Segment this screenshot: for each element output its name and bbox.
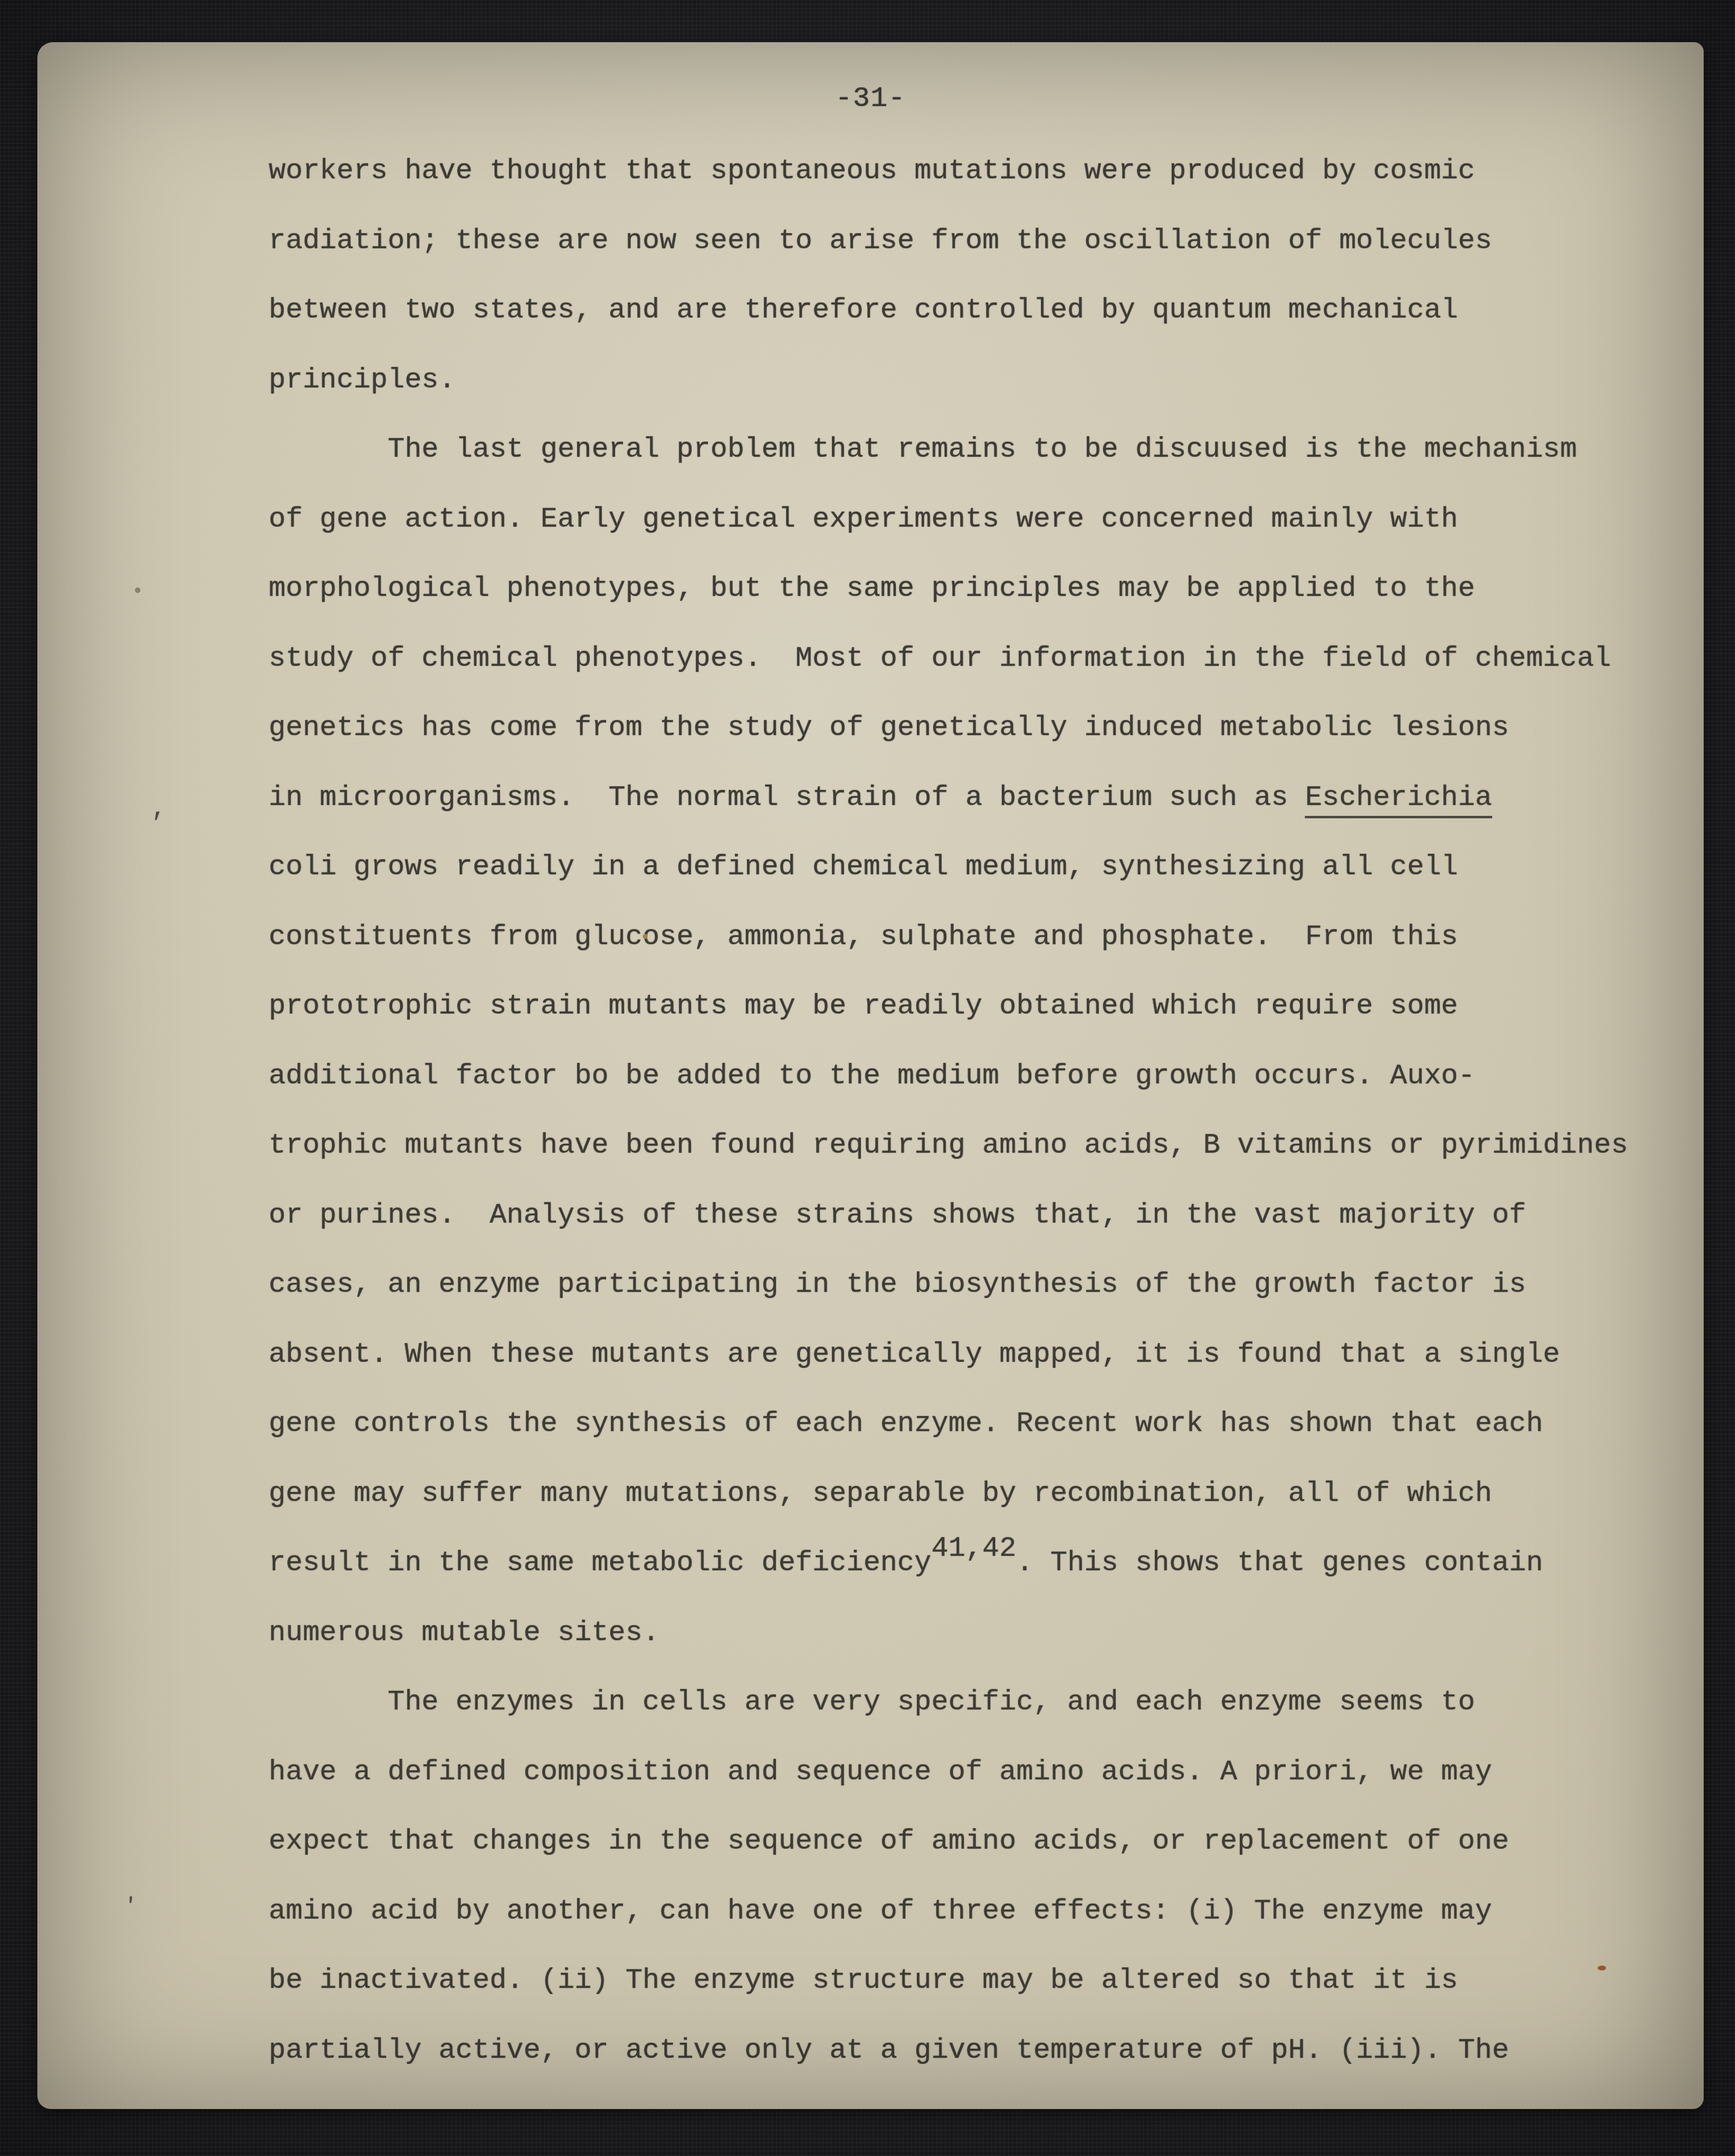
text-line: numerous mutable sites. [269,1599,1672,1669]
text-line: gene controls the synthesis of each enzy… [269,1390,1672,1459]
text-segment: morphological phenotypes, but the same p… [269,573,1475,605]
text-line: coli grows readily in a defined chemical… [269,833,1672,903]
text-line: The enzymes in cells are very specific, … [269,1668,1672,1738]
text-segment: workers have thought that spontaneous mu… [269,155,1475,187]
text-line: partially active, or active only at a gi… [269,2016,1672,2086]
text-segment: gene controls the synthesis of each enzy… [269,1408,1543,1440]
text-block: workers have thought that spontaneous mu… [269,137,1672,2085]
text-segment: constituents from glucose, ammonia, sulp… [269,921,1458,953]
text-line: study of chemical phenotypes. Most of ou… [269,624,1672,694]
text-segment: be inactivated. (ii) The enzyme structur… [269,1965,1458,1997]
text-segment: cases, an enzyme participating in the bi… [269,1269,1526,1301]
text-segment: partially active, or active only at a gi… [269,2035,1509,2067]
text-segment: additional factor bo be added to the med… [269,1061,1475,1092]
text-line: trophic mutants have been found requirin… [269,1111,1672,1181]
text-segment: trophic mutants have been found requirin… [269,1130,1628,1162]
text-segment: in microorganisms. The normal strain of … [269,782,1305,814]
text-line: constituents from glucose, ammonia, sulp… [269,903,1672,973]
text-line: have a defined composition and sequence … [269,1738,1672,1808]
text-segment: coli grows readily in a defined chemical… [269,851,1458,883]
text-segment: principles. [269,365,455,396]
text-segment: expect that changes in the sequence of a… [269,1826,1509,1858]
text-segment: numerous mutable sites. [269,1617,660,1649]
paper-speck [1598,1966,1606,1970]
underlined-term: Escherichia [1305,782,1492,818]
text-line: The last general problem that remains to… [269,415,1672,485]
text-segment: . This shows that genes contain [1016,1547,1543,1579]
text-segment: study of chemical phenotypes. Most of ou… [269,643,1611,675]
page-number: -31- [37,83,1704,116]
text-line: between two states, and are therefore co… [269,276,1672,346]
text-line: genetics has come from the study of gene… [269,694,1672,763]
stray-ink-mark: , [149,794,167,824]
text-line: prototrophic strain mutants may be readi… [269,972,1672,1042]
text-segment: The last general problem that remains to… [269,434,1577,466]
text-line: cases, an enzyme participating in the bi… [269,1250,1672,1320]
document-page: -31- workers have thought that spontaneo… [37,42,1704,2109]
text-line: result in the same metabolic deficiency4… [269,1529,1672,1599]
text-line: be inactivated. (ii) The enzyme structur… [269,1946,1672,2016]
text-segment: radiation; these are now seen to arise f… [269,225,1492,257]
text-segment: genetics has come from the study of gene… [269,712,1509,744]
text-segment: result in the same metabolic deficiency [269,1547,931,1579]
paper-speck [135,588,140,593]
text-line: additional factor bo be added to the med… [269,1042,1672,1112]
text-line: amino acid by another, can have one of t… [269,1877,1672,1947]
text-segment: between two states, and are therefore co… [269,295,1458,327]
text-segment: gene may suffer many mutations, separabl… [269,1478,1492,1510]
text-line: expect that changes in the sequence of a… [269,1807,1672,1877]
text-line: morphological phenotypes, but the same p… [269,554,1672,624]
paper-speck [643,934,648,939]
text-segment: or purines. Analysis of these strains sh… [269,1200,1526,1232]
stray-ink-mark: ' [123,1894,137,1918]
text-line: or purines. Analysis of these strains sh… [269,1181,1672,1251]
text-segment: amino acid by another, can have one of t… [269,1896,1492,1928]
text-line: of gene action. Early genetical experime… [269,485,1672,555]
text-line: in microorganisms. The normal strain of … [269,763,1672,833]
text-line: absent. When these mutants are genetical… [269,1320,1672,1390]
text-line: radiation; these are now seen to arise f… [269,207,1672,277]
text-segment: prototrophic strain mutants may be readi… [269,991,1458,1023]
text-line: principles. [269,346,1672,416]
text-line: workers have thought that spontaneous mu… [269,137,1672,207]
text-segment: have a defined composition and sequence … [269,1756,1492,1788]
photo-background-fabric: { "page": { "number": "-31-" }, "colors"… [0,0,1735,2156]
text-segment: The enzymes in cells are very specific, … [269,1687,1475,1719]
text-segment: of gene action. Early genetical experime… [269,504,1458,536]
text-segment: absent. When these mutants are genetical… [269,1339,1560,1371]
superscript-citation: 41,42 [931,1514,1016,1584]
